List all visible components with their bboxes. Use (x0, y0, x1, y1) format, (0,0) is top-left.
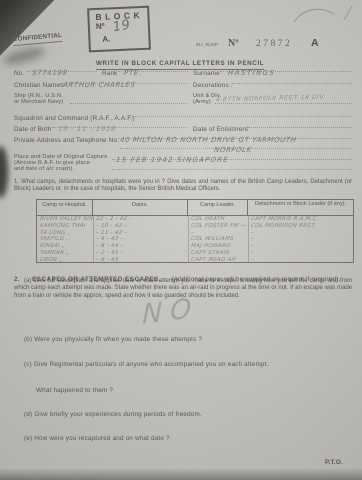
camp-cell: KINSAI „ (37, 243, 94, 250)
dates-cell: – 2 - 45 – (93, 250, 189, 257)
leader-cell: COL FOSTER FM — (188, 223, 249, 230)
answer-2a-value: NO (142, 292, 200, 330)
no-field-label: No. (14, 71, 24, 78)
form-number-value: 27872 (256, 39, 292, 49)
dotted-rule (112, 162, 352, 170)
question-2b-text: (b) Were you physically fit when you mad… (24, 337, 202, 344)
confidential-marking: CONFIDENTIAL (13, 33, 63, 46)
ship-label-2: or Merchant Navy) (14, 100, 63, 106)
mi-reference: M.I. 9/JAP. (196, 43, 219, 48)
camp-cell: UBON „ (37, 257, 94, 264)
col-header-camp: Camp or Hospital. (37, 200, 93, 215)
scanned-form-page: CONFIDENTIAL BLOCK Nº 19 A. M.I. 9/JAP. … (0, 0, 362, 480)
dotted-rule (232, 76, 352, 84)
camp-cell: TAMKAN „ (37, 250, 94, 257)
leader-cell: CAPT STRAIN (188, 250, 249, 257)
col-header-dates: Dates. (93, 200, 188, 215)
surname-field-label: Surname (193, 71, 220, 78)
detachment-cell: – (248, 243, 354, 250)
dates-cell: 22 - 2 - 42 – (93, 216, 189, 223)
stamp-no-label: Nº (96, 22, 105, 31)
detachment-cell: CAPT MORRIS R.A.M.C. (248, 216, 354, 223)
address-label: Private Address and Telephone No. (14, 138, 119, 145)
unit-div-label-2: (Army) (193, 100, 211, 106)
table-row: UBON „ – 8 - 45 CAPT MEAD AIF – (37, 257, 353, 264)
stamp-a-label: A. (102, 33, 148, 44)
detachment-cell: COL MORRISON REGT. (248, 223, 354, 230)
question-2c2-text: What happened to them ? (36, 388, 113, 395)
capture-label-3: and date of a/c crash). (14, 167, 74, 173)
question-1-text: 1. What camps, detachments or hospitals … (14, 179, 352, 194)
block-number-stamp: BLOCK Nº 19 A. (87, 6, 151, 53)
dates-cell: – 8 - 44 – (93, 243, 189, 250)
edge-blob (0, 146, 8, 198)
camp-cell: RIVER VALLEY SIN (37, 216, 94, 223)
series-letter: A (311, 37, 319, 49)
question-2e-text: (e) How were you recaptured and on what … (24, 436, 170, 443)
decorations-label: Decorations : (193, 83, 233, 90)
dob-label: Date of Birth (14, 127, 52, 134)
bottom-edge-shadow (0, 468, 362, 480)
table-row: KINSAI „ – 8 - 44 – MAJ HOWARD – (37, 243, 353, 250)
col-header-leader: Camp Leader. (188, 200, 248, 215)
col-header-detachment: Detachment or Block Leader (if any). (248, 200, 353, 215)
camp-table-header-row: Camp or Hospital. Dates. Camp Leader. De… (37, 200, 353, 216)
camp-cell: KAMPONG THAI (37, 223, 94, 230)
stamp-no-value: 19 (111, 17, 131, 35)
christian-names-label: Christian Names (14, 83, 64, 90)
detachment-cell: – (248, 250, 354, 257)
form-number-label: Nº (228, 38, 239, 49)
leader-cell: CAPT MEAD AIF (188, 257, 249, 264)
dates-cell: – 10 - 42 – (93, 223, 189, 230)
table-row: RIVER VALLEY SIN 22 - 2 - 42 – COL HEATH… (37, 216, 353, 223)
pencil-scribble-icon (288, 2, 360, 32)
christian-names-value: ARTHUR CHARLES (63, 81, 136, 89)
table-row: TAMKAN „ – 2 - 45 – CAPT STRAIN – (37, 250, 353, 257)
table-row: KAMPONG THAI – 10 - 42 – COL FOSTER FM —… (37, 223, 353, 230)
question-2d-text: (d) Give briefly your experiences during… (24, 412, 202, 419)
dob-value: 19 - 11 - 1918 (58, 125, 117, 133)
leader-cell: MAJ HOWARD (188, 243, 249, 250)
dotted-rule (248, 120, 352, 128)
dotted-rule (132, 109, 352, 117)
pto-label: P.T.O. (325, 460, 343, 467)
dates-cell: – 8 - 45 (93, 257, 189, 264)
camp-table: Camp or Hospital. Dates. Camp Leader. De… (36, 199, 354, 263)
detachment-cell: – (248, 257, 354, 264)
leader-cell: COL HEATH (188, 216, 249, 223)
dotted-rule (70, 96, 188, 104)
question-2c-text: (c) Give Regimental particulars of anyon… (24, 362, 269, 369)
